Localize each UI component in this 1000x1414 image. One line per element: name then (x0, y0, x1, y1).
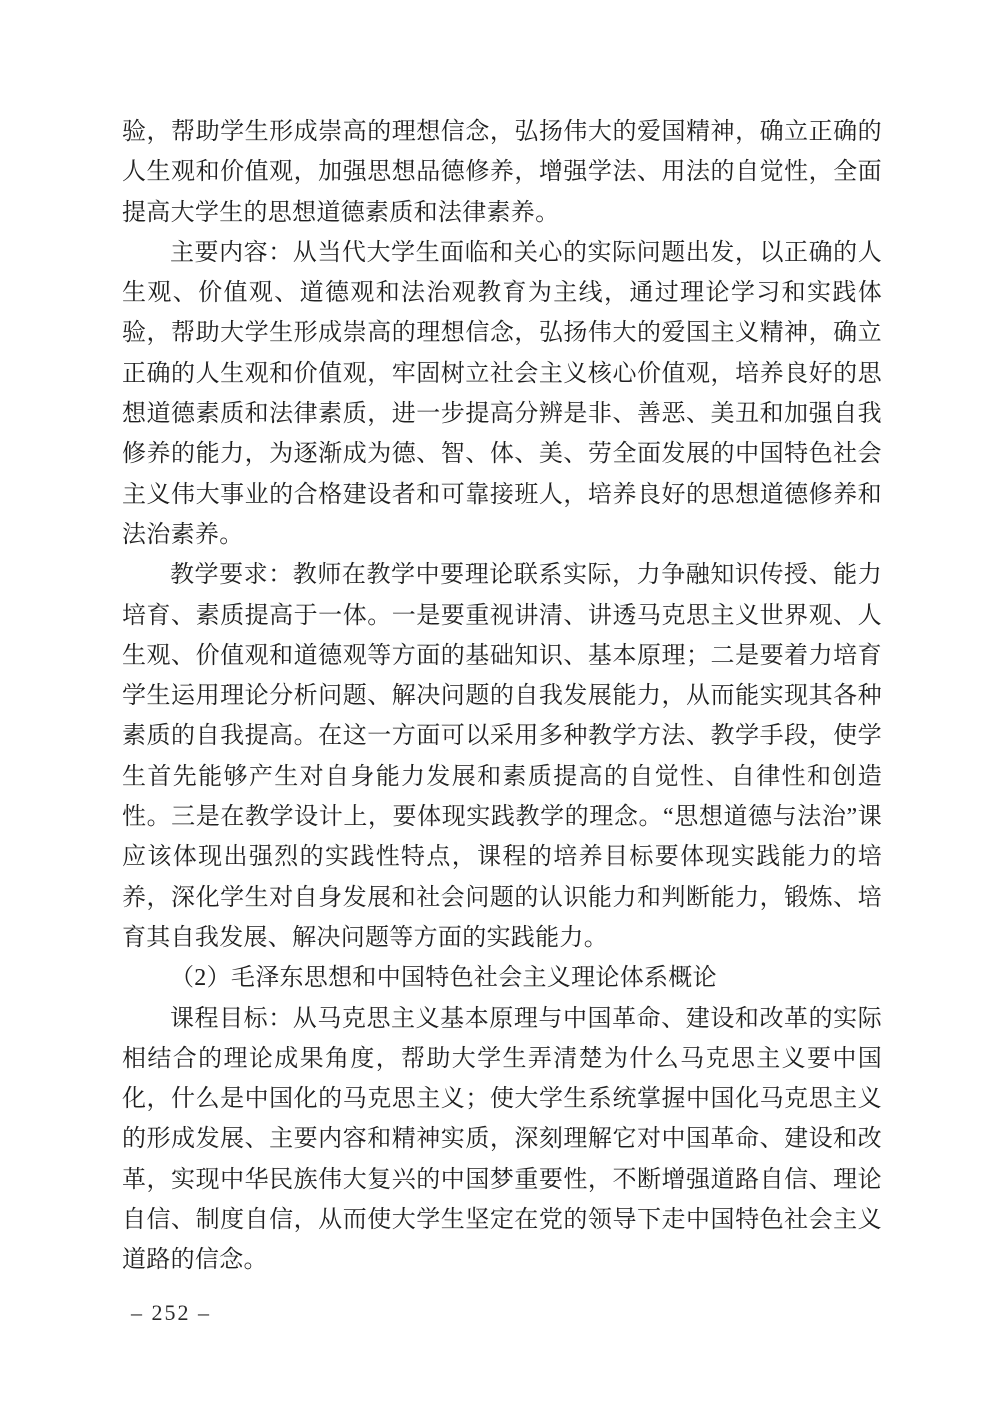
page-body: 验，帮助学生形成崇高的理想信念，弘扬伟大的爱国精神，确立正确的人生观和价值观，加… (122, 112, 882, 1281)
page-number: – 252 – (131, 1300, 211, 1326)
document-page: 验，帮助学生形成崇高的理想信念，弘扬伟大的爱国精神，确立正确的人生观和价值观，加… (0, 0, 1000, 1414)
paragraph-continuation: 验，帮助学生形成崇高的理想信念，弘扬伟大的爱国精神，确立正确的人生观和价值观，加… (122, 112, 882, 233)
paragraph-main-content: 主要内容：从当代大学生面临和关心的实际问题出发，以正确的人生观、价值观、道德观和… (122, 233, 882, 555)
paragraph-teaching-requirements: 教学要求：教师在教学中要理论联系实际，力争融知识传授、能力培育、素质提高于一体。… (122, 555, 882, 958)
paragraph-course-2-heading: （2）毛泽东思想和中国特色社会主义理论体系概论 (122, 958, 882, 998)
paragraph-course-goals: 课程目标：从马克思主义基本原理与中国革命、建设和改革的实际相结合的理论成果角度，… (122, 999, 882, 1281)
